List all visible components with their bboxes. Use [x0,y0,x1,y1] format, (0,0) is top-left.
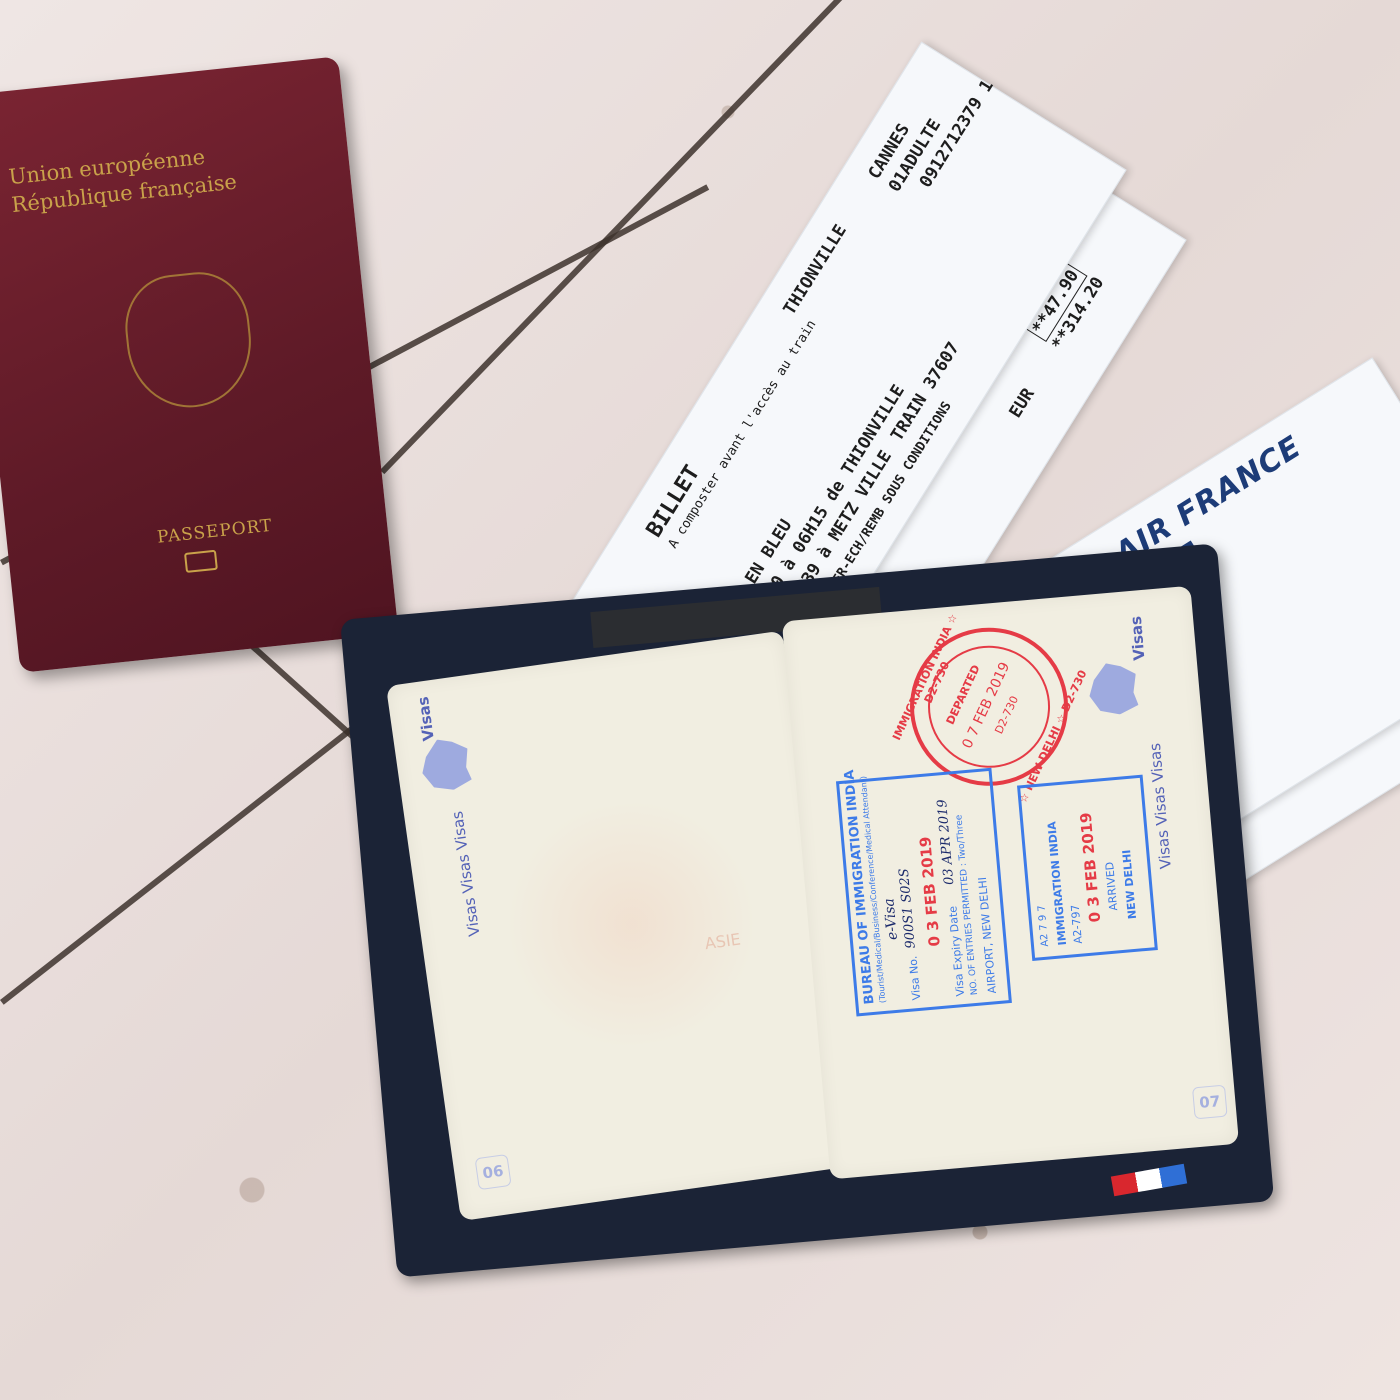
visas-header: Visas [1127,615,1149,661]
stamp-code: A2-797 [1069,904,1085,944]
stamp-border-code: A2 7 9 7 [1037,905,1052,948]
ticket-currency: EUR [1005,385,1038,422]
page-number: 07 [1192,1085,1228,1120]
passport-page-06: Visas Visas Visas Visas ASIE 06 [386,631,857,1221]
page-number: 06 [475,1154,512,1190]
visas-side-text: Visas Visas Visas [1146,742,1175,869]
airport-text: AIRPORT, NEW DELHI [976,877,999,995]
stamp-type: e-Visa [881,898,901,941]
stamp-status: ARRIVED [1103,861,1120,911]
evisa-stamp: BUREAU OF IMMIGRATION INDIA (Tourist/Med… [836,768,1012,1017]
stamp-city: NEW DELHI [1120,849,1139,920]
expiry-date: 03 APR 2019 [935,799,957,886]
coat-of-arms-icon [120,267,257,413]
passport-page-07: Visas Visas Visas Visas 07 IMMIGRATION I… [782,586,1239,1180]
biometric-chip-icon [184,550,218,573]
visas-header: Visas [414,696,438,743]
arrival-stamp: A2 7 9 7 IMMIGRATION INDIA A2-797 0 3 FE… [1017,775,1158,961]
passport-title: PASSEPORT [156,516,273,548]
passport-holder: Visas Visas Visas Visas ASIE 06 Visas Vi… [340,543,1274,1277]
passport-cover: Union européenne République française PA… [0,56,399,673]
asia-map-watermark [486,787,777,1061]
france-map-icon [1087,661,1139,717]
visas-side-text: Visas Visas Visas [448,810,483,938]
visa-no-label: Visa No. [906,955,923,1001]
france-map-icon [418,736,473,794]
